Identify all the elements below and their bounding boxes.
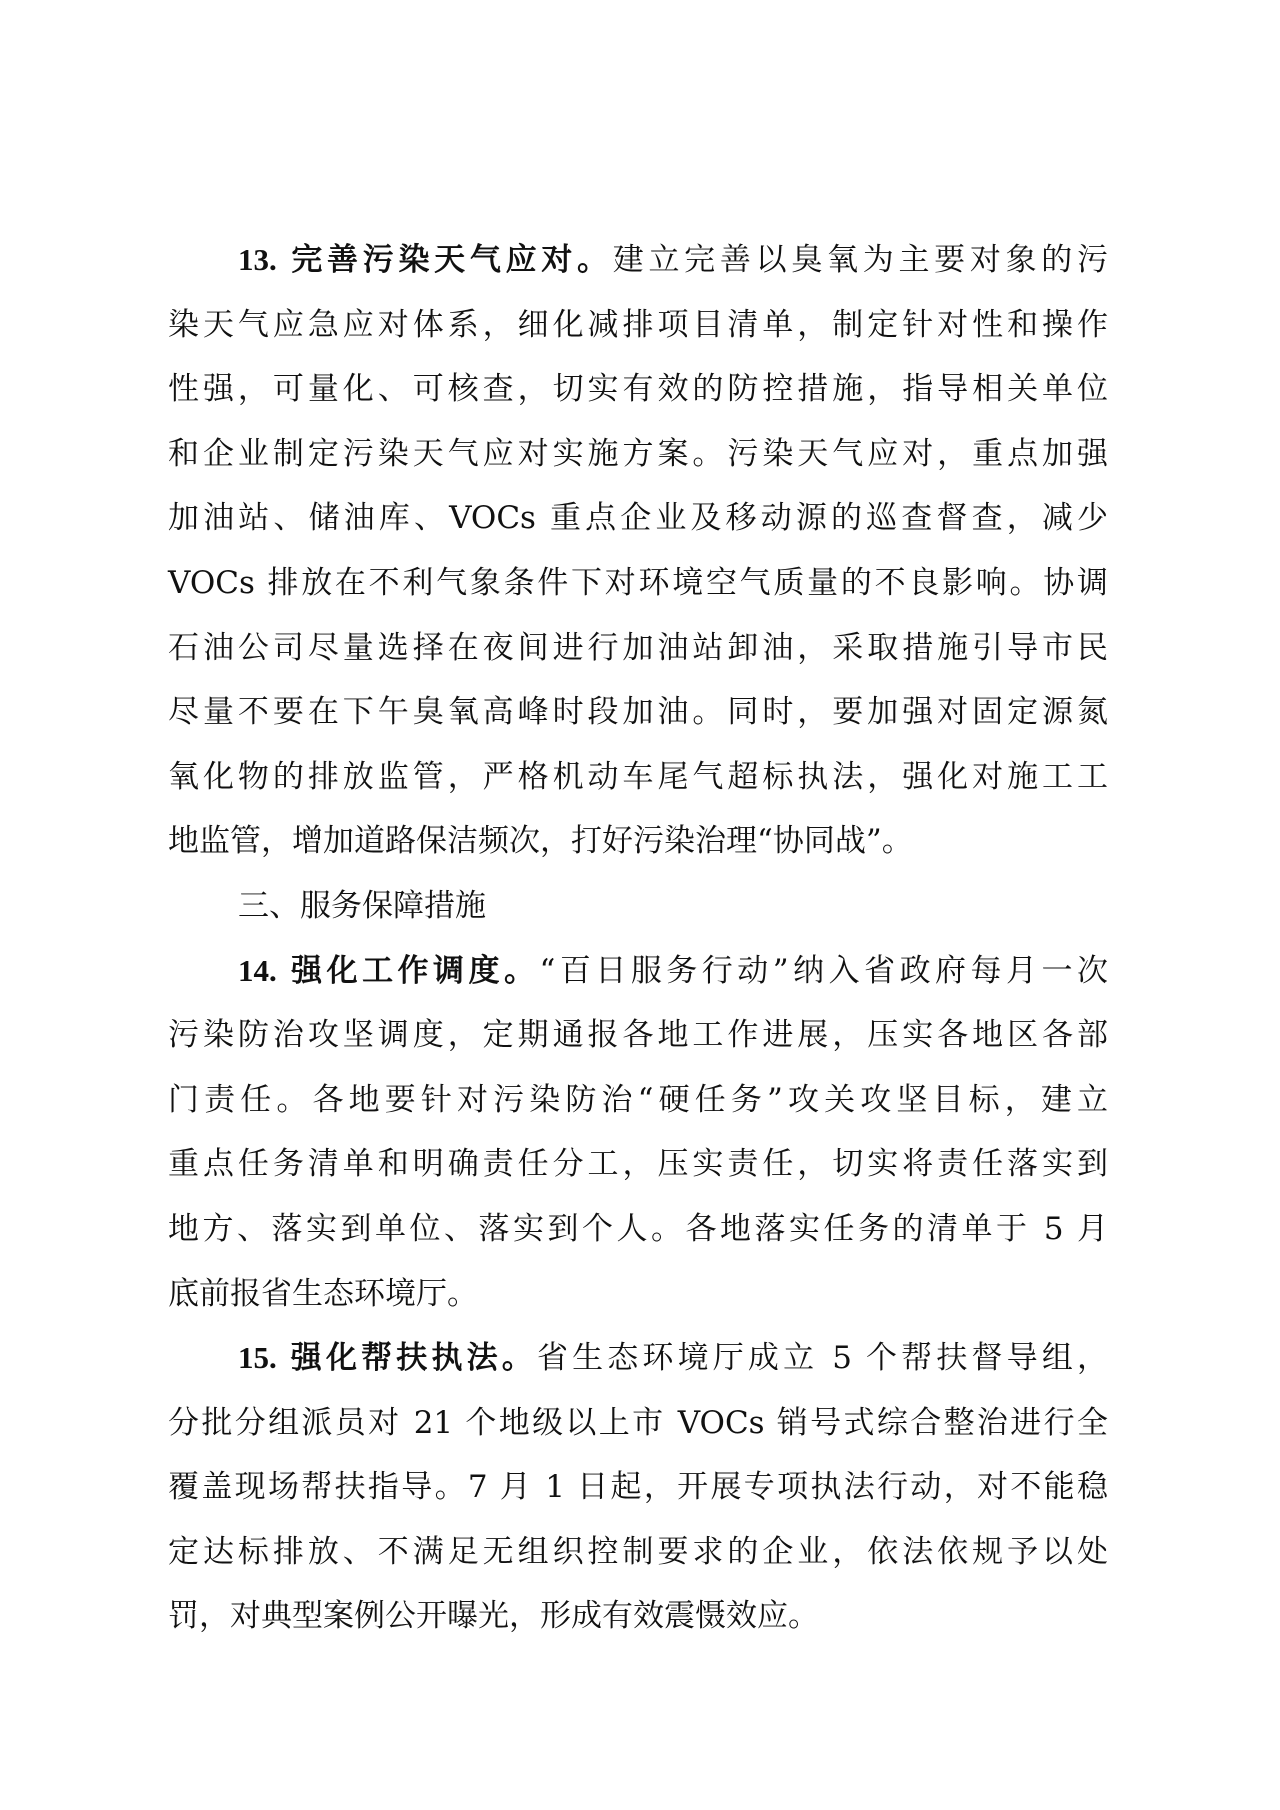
body-line: 底前报省生态环境厅。	[168, 1262, 1108, 1327]
item-14: 14. 强化工作调度。“百日服务行动”纳入省政府每月一次 污染防治攻坚调度，定期…	[168, 939, 1108, 1327]
body-line: 性强，可量化、可核查，切实有效的防控措施，指导相关单位	[168, 357, 1108, 422]
body-text: 省生态环境厅成立 5 个帮扶督导组，	[537, 1340, 1108, 1376]
item-title: 完善污染天气应对。	[291, 242, 612, 278]
item-15-line-1: 15. 强化帮扶执法。省生态环境厅成立 5 个帮扶督导组，	[168, 1326, 1108, 1391]
body-line: 重点任务清单和明确责任分工，压实责任，切实将责任落实到	[168, 1132, 1108, 1197]
item-14-line-1: 14. 强化工作调度。“百日服务行动”纳入省政府每月一次	[168, 939, 1108, 1004]
item-title: 强化工作调度。	[291, 953, 539, 989]
body-line: 石油公司尽量选择在夜间进行加油站卸油，采取措施引导市民	[168, 616, 1108, 681]
document-page: 13. 完善污染天气应对。建立完善以臭氧为主要对象的污 染天气应急应对体系，细化…	[168, 228, 1108, 1649]
body-line: 染天气应急应对体系，细化减排项目清单，制定针对性和操作	[168, 293, 1108, 358]
body-line: 分批分组派员对 21 个地级以上市 VOCs 销号式综合整治进行全	[168, 1391, 1108, 1456]
item-number: 14.	[238, 953, 277, 988]
item-15: 15. 强化帮扶执法。省生态环境厅成立 5 个帮扶督导组， 分批分组派员对 21…	[168, 1326, 1108, 1649]
body-line: 加油站、储油库、VOCs 重点企业及移动源的巡查督查，减少	[168, 486, 1108, 551]
item-number: 13.	[238, 242, 277, 277]
body-text: “百日服务行动”纳入省政府每月一次	[540, 953, 1109, 989]
body-line: 污染防治攻坚调度，定期通报各地工作进展，压实各地区各部	[168, 1003, 1108, 1068]
body-line: 覆盖现场帮扶指导。7 月 1 日起，开展专项执法行动，对不能稳	[168, 1455, 1108, 1520]
body-line: 罚，对典型案例公开曝光，形成有效震慑效应。	[168, 1584, 1108, 1649]
body-line: 和企业制定污染天气应对实施方案。污染天气应对，重点加强	[168, 422, 1108, 487]
body-line: 地监管，增加道路保洁频次，打好污染治理“协同战”。	[168, 809, 1108, 874]
body-line: VOCs 排放在不利气象条件下对环境空气质量的不良影响。协调	[168, 551, 1108, 616]
section-heading: 三、服务保障措施	[168, 874, 1108, 939]
item-number: 15.	[238, 1340, 277, 1375]
body-line: 门责任。各地要针对污染防治“硬任务”攻关攻坚目标，建立	[168, 1068, 1108, 1133]
body-line: 定达标排放、不满足无组织控制要求的企业，依法依规予以处	[168, 1520, 1108, 1585]
body-line: 地方、落实到单位、落实到个人。各地落实任务的清单于 5 月	[168, 1197, 1108, 1262]
item-13: 13. 完善污染天气应对。建立完善以臭氧为主要对象的污 染天气应急应对体系，细化…	[168, 228, 1108, 874]
item-title: 强化帮扶执法。	[291, 1340, 537, 1376]
body-text: 建立完善以臭氧为主要对象的污	[613, 242, 1108, 278]
body-line: 氧化物的排放监管，严格机动车尾气超标执法，强化对施工工	[168, 745, 1108, 810]
body-line: 尽量不要在下午臭氧高峰时段加油。同时，要加强对固定源氮	[168, 680, 1108, 745]
item-13-line-1: 13. 完善污染天气应对。建立完善以臭氧为主要对象的污	[168, 228, 1108, 293]
